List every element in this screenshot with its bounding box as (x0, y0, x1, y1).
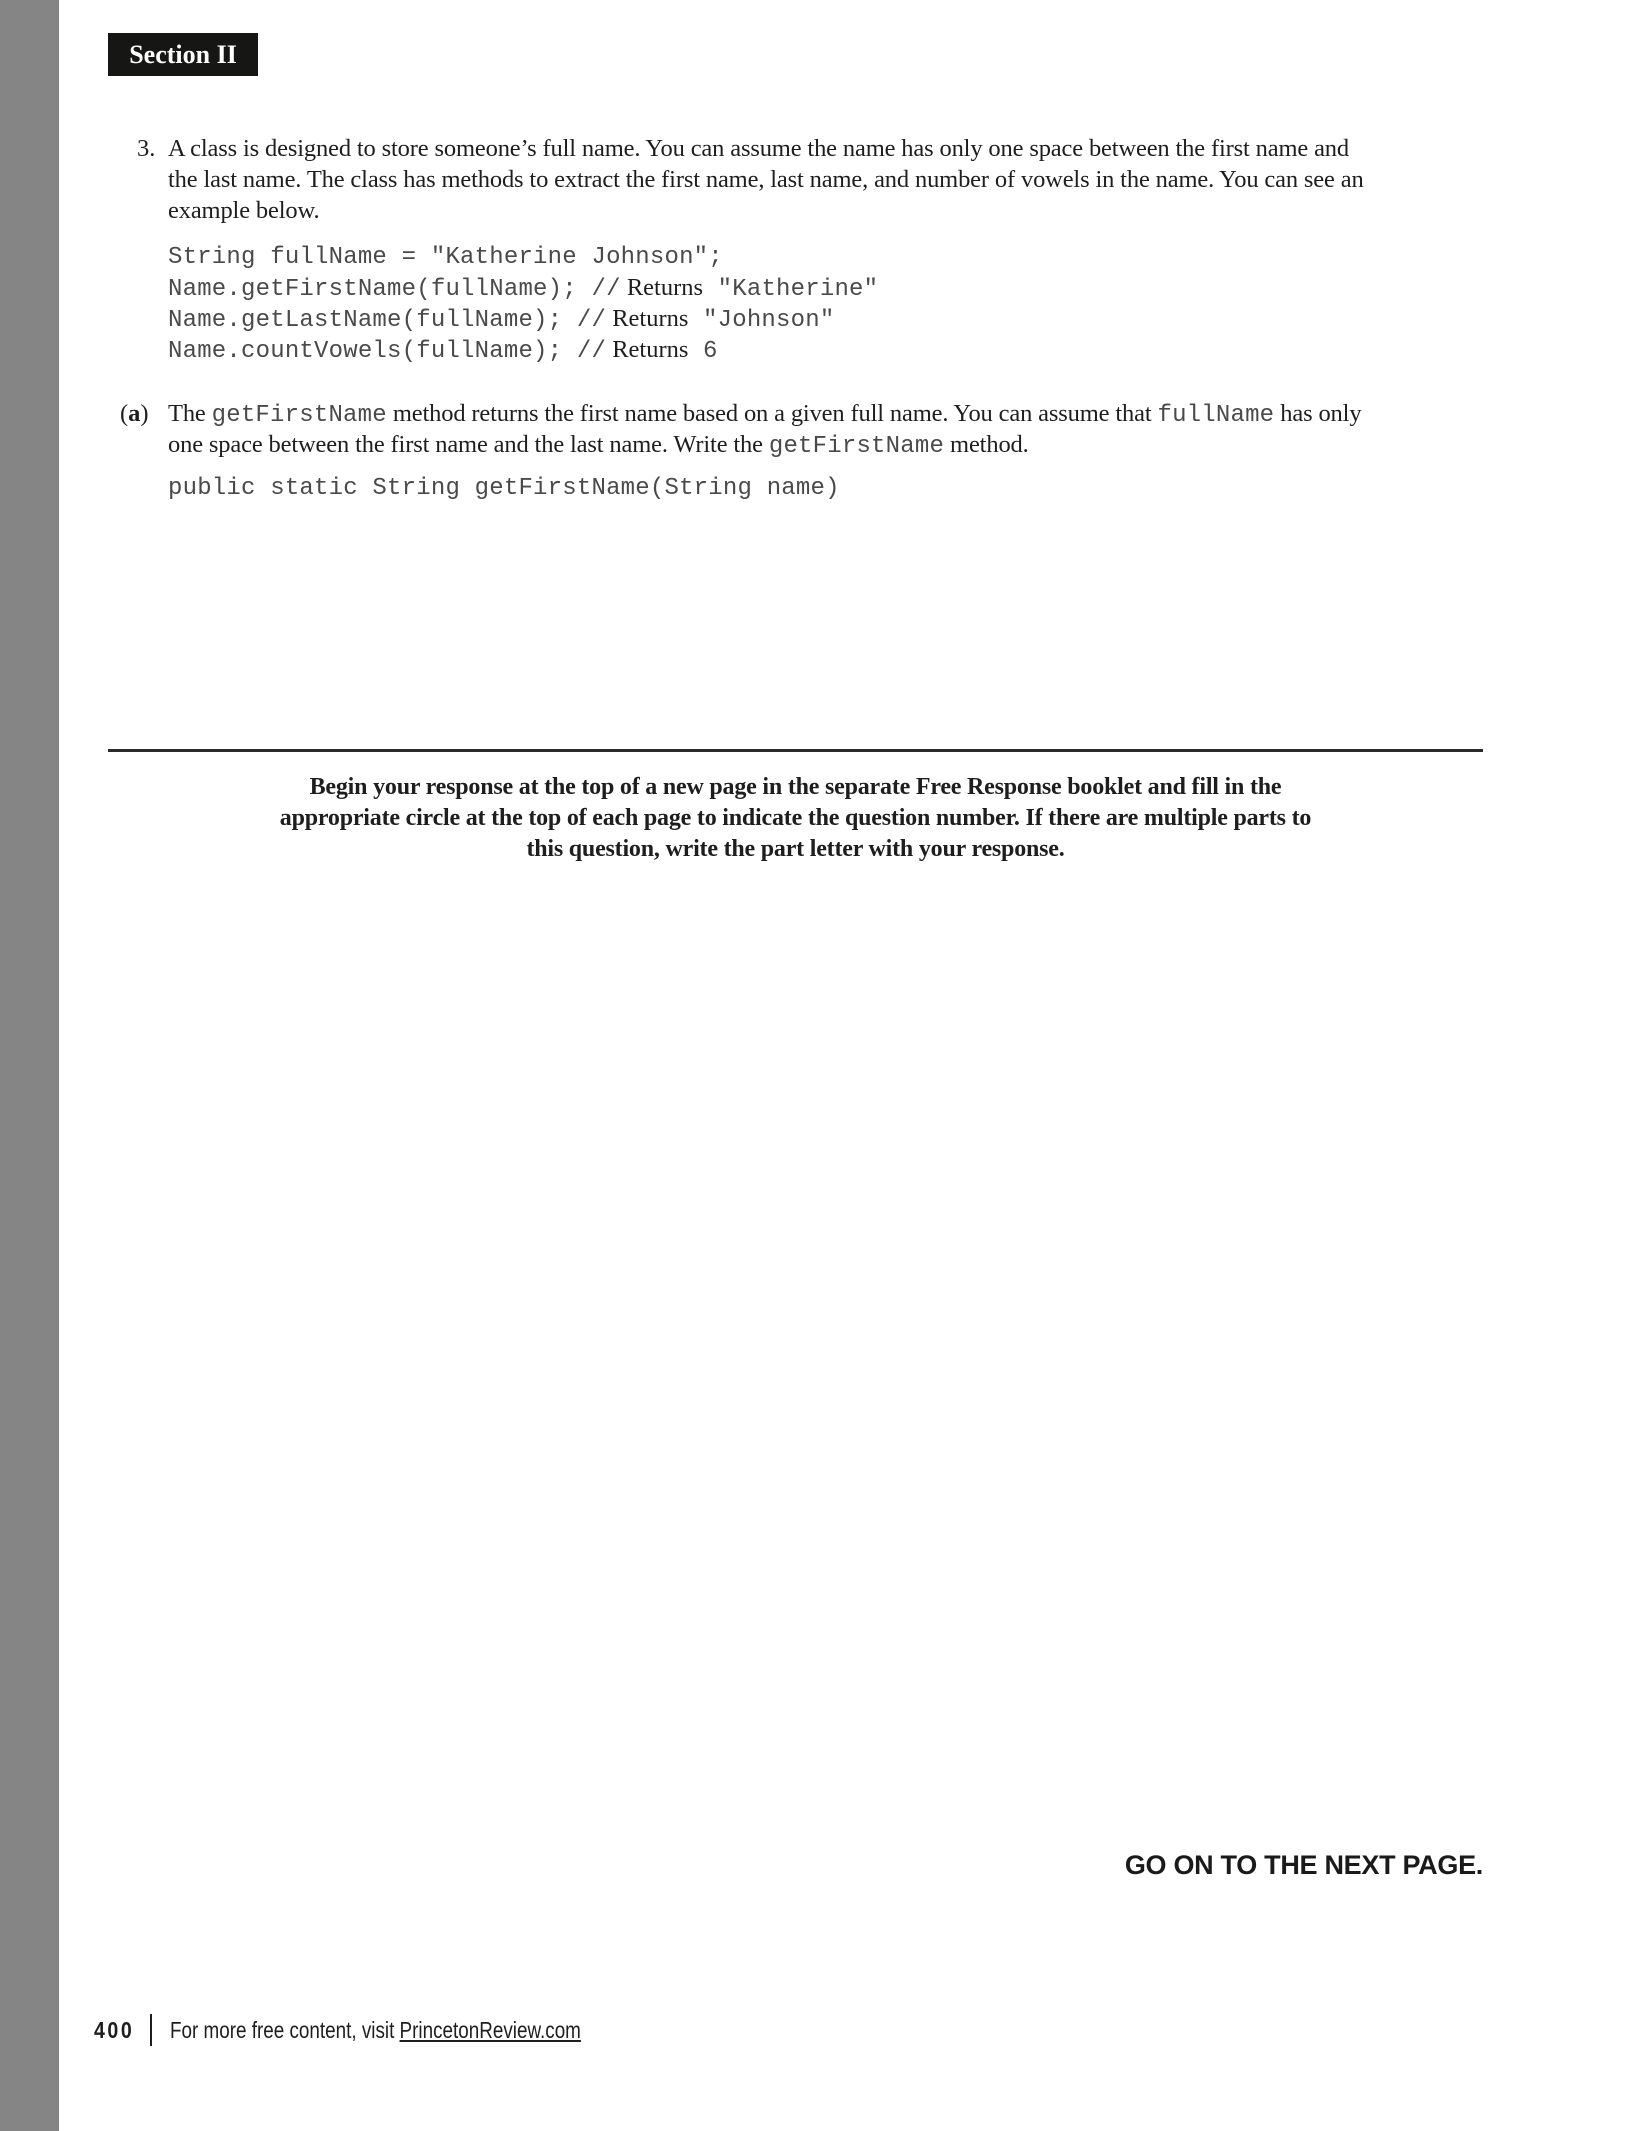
footer-prefix: For more free content, visit (170, 2017, 400, 2043)
question-intro-line-1: A class is designed to store someone’s f… (168, 133, 1349, 164)
code-line-3: Name.getLastName(fullName); // Returns "… (168, 303, 834, 336)
comment-value: "Katherine" (703, 276, 878, 303)
question-intro-line-3: example below. (168, 195, 319, 226)
code-text: String fullName = "Katherine Johnson"; (168, 244, 723, 271)
paren-open: ( (120, 400, 128, 427)
text: method returns the first name based on a… (387, 400, 1158, 427)
page-footer: 400 For more free content, visit Princet… (94, 2012, 671, 2048)
code-text: Name.countVowels(fullName); // (168, 338, 606, 365)
horizontal-divider (108, 749, 1483, 752)
paren-close: ) (140, 400, 148, 427)
part-letter: a (128, 400, 140, 427)
instruction-line-3: this question, write the part letter wit… (108, 834, 1483, 865)
text: has only (1274, 400, 1361, 427)
signature-code: public static String getFirstName(String… (168, 475, 840, 502)
comment-value: 6 (688, 338, 717, 365)
inline-code: getFirstName (212, 402, 387, 429)
part-a-label: (a) (120, 398, 149, 429)
text: method. (944, 431, 1029, 458)
instruction-line-2: appropriate circle at the top of each pa… (108, 803, 1483, 834)
section-label: Section II (108, 33, 258, 76)
inline-code: fullName (1157, 402, 1274, 429)
comment-word: Returns (627, 274, 703, 301)
question-number: 3. (137, 133, 155, 164)
footer-text: For more free content, visit PrincetonRe… (170, 2017, 581, 2044)
page-number: 400 (94, 2017, 133, 2044)
comment-word: Returns (612, 336, 688, 363)
code-line-4: Name.countVowels(fullName); // Returns 6 (168, 334, 718, 367)
footer-divider (150, 2014, 152, 2046)
part-a-line-1: The getFirstName method returns the firs… (168, 398, 1361, 431)
part-a-line-2: one space between the first name and the… (168, 429, 1029, 462)
code-text: Name.getFirstName(fullName); // (168, 276, 621, 303)
question-intro-line-2: the last name. The class has methods to … (168, 164, 1364, 195)
section-label-text: Section II (129, 40, 237, 70)
comment-word: Returns (612, 305, 688, 332)
code-line-1: String fullName = "Katherine Johnson"; (168, 241, 723, 273)
method-signature: public static String getFirstName(String… (168, 472, 840, 504)
go-next-page-notice: GO ON TO THE NEXT PAGE. (1125, 1850, 1483, 1881)
instruction-line-1: Begin your response at the top of a new … (108, 772, 1483, 803)
code-line-2: Name.getFirstName(fullName); // Returns … (168, 272, 878, 305)
response-instructions: Begin your response at the top of a new … (108, 772, 1483, 865)
page-edge-bar (0, 0, 59, 2131)
text: The (168, 400, 212, 427)
inline-code: getFirstName (769, 433, 944, 460)
princeton-review-link[interactable]: PrincetonReview.com (400, 2017, 581, 2043)
code-text: Name.getLastName(fullName); // (168, 307, 606, 334)
comment-value: "Johnson" (688, 307, 834, 334)
text: one space between the first name and the… (168, 431, 769, 458)
